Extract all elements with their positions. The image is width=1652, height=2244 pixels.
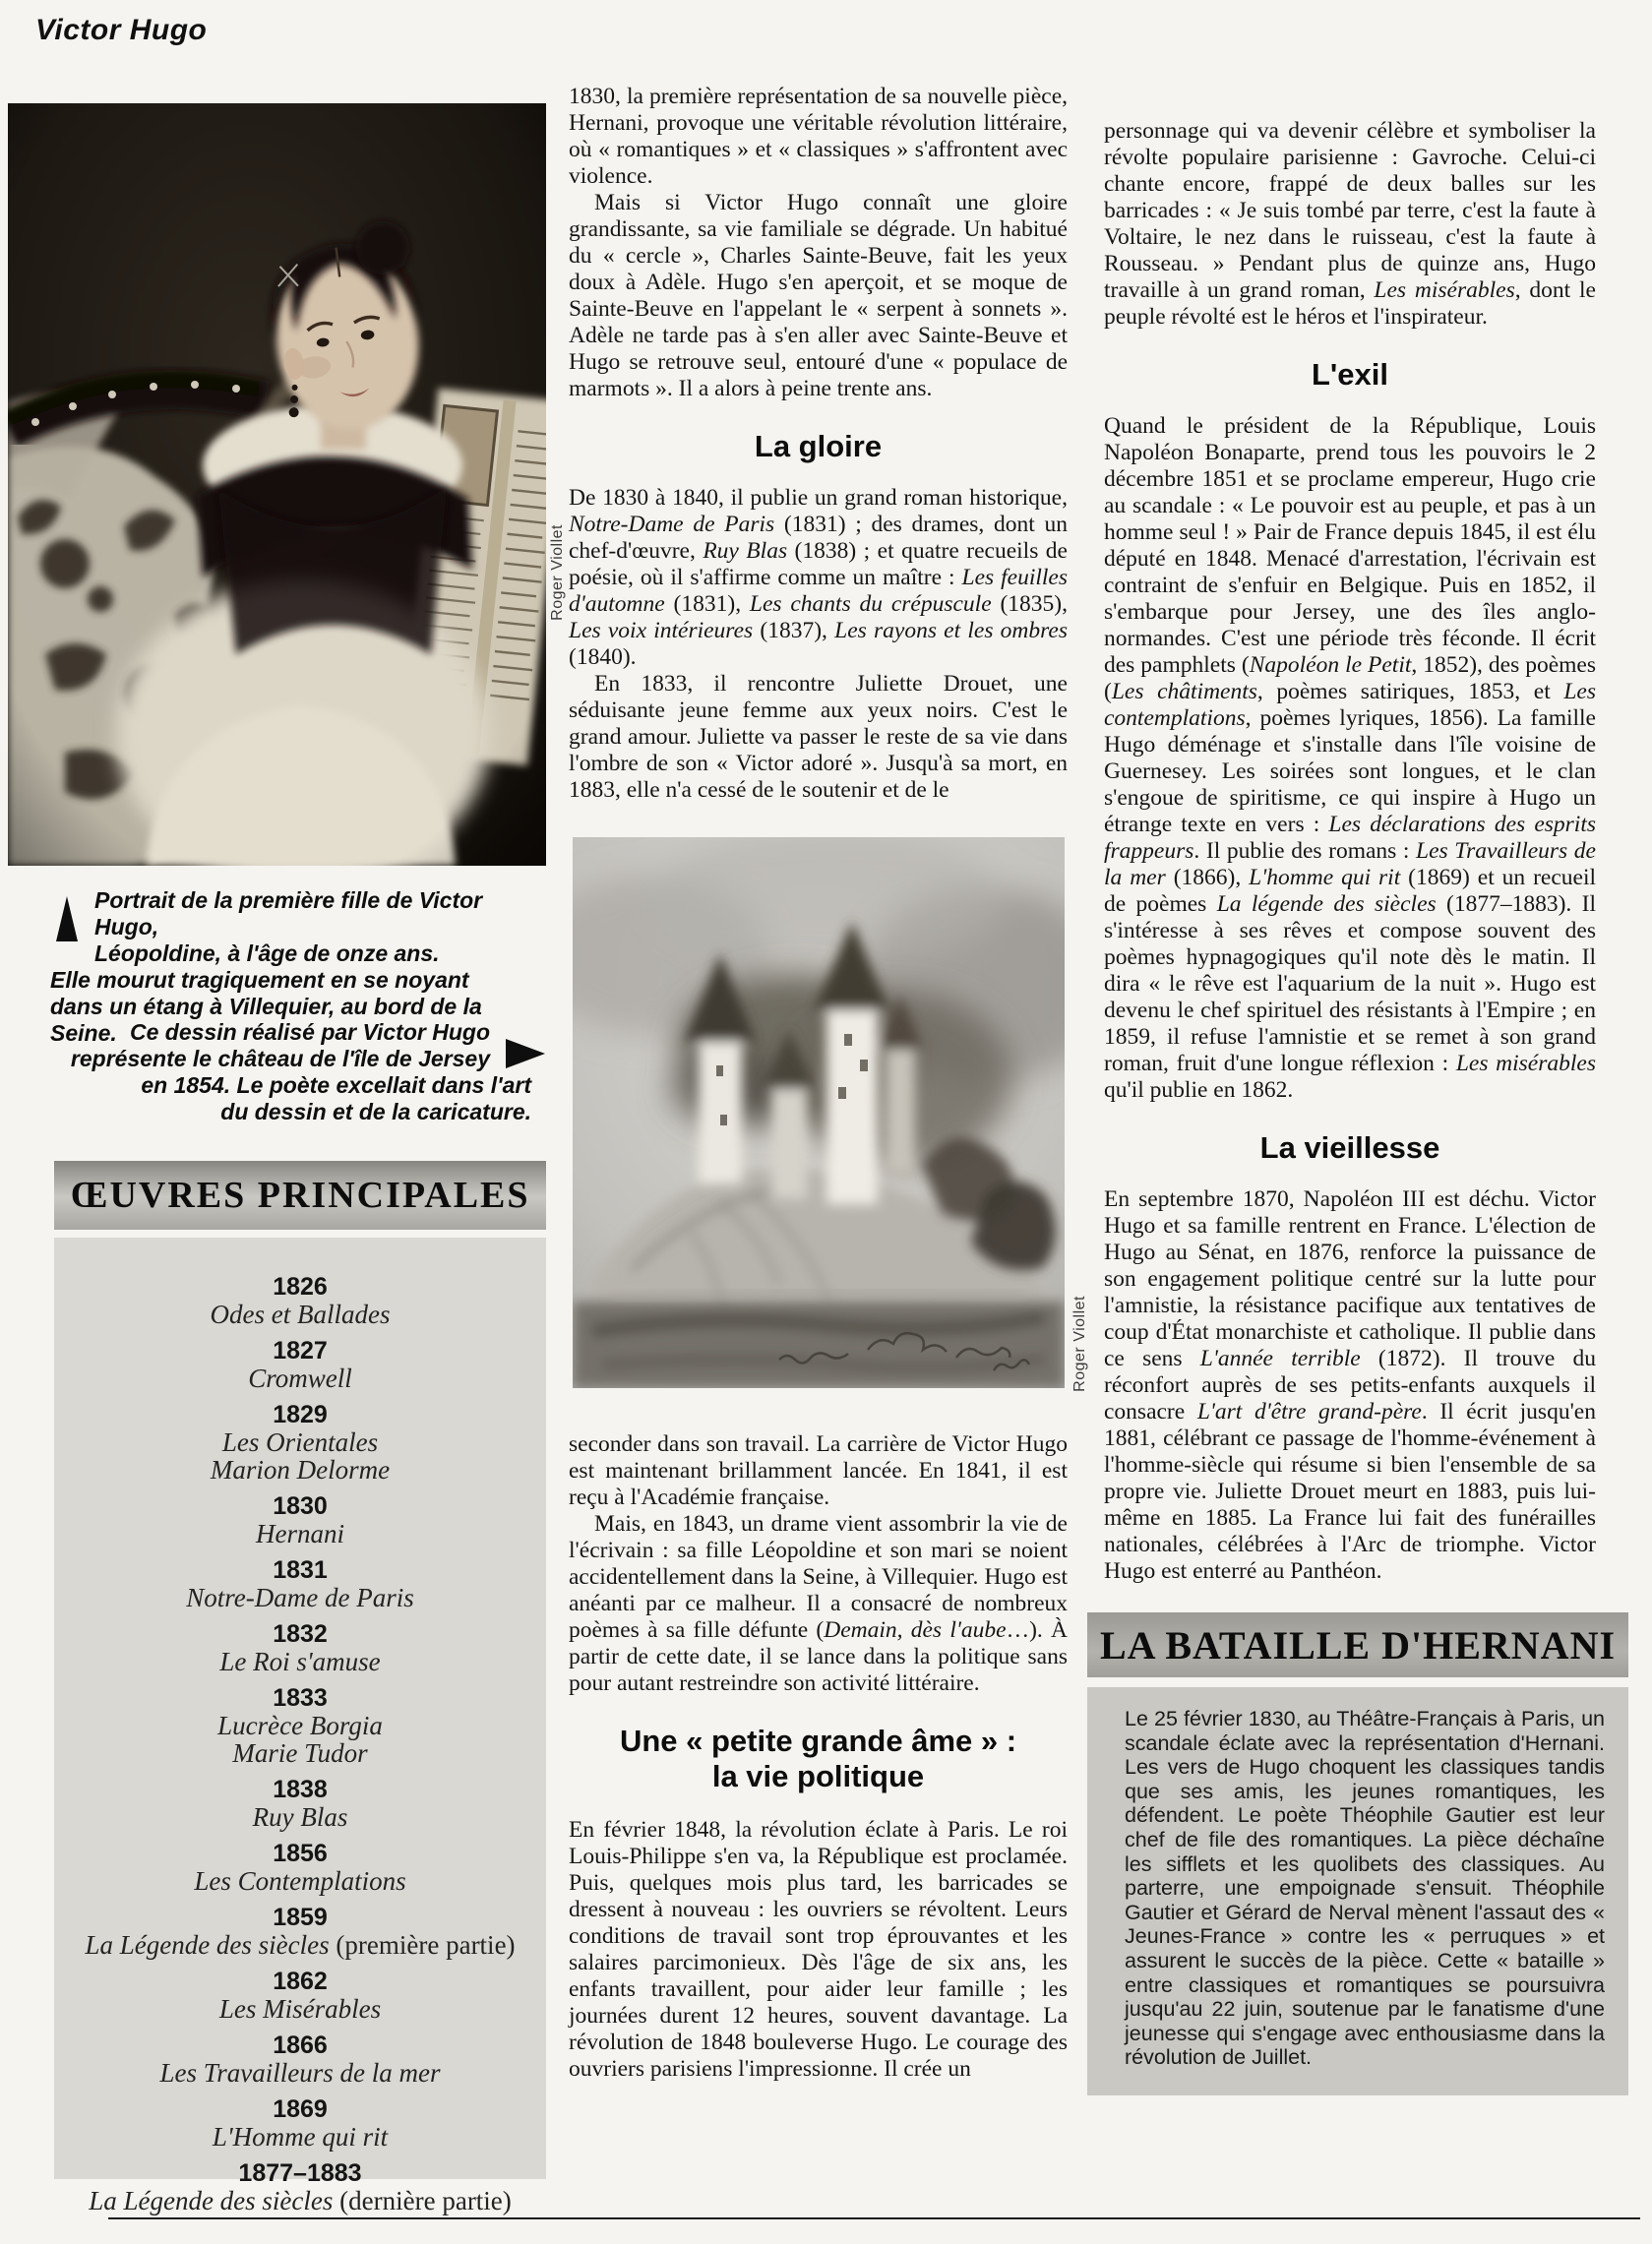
works-box-title: ŒUVRES PRINCIPALES — [70, 1174, 529, 1217]
work-year: 1877–1883 — [66, 2159, 534, 2187]
work-entry: 1877–1883La Légende des siècles (dernièr… — [66, 2159, 534, 2214]
work-entry: 1856Les Contemplations — [66, 1840, 534, 1895]
works-box-header: ŒUVRES PRINCIPALES — [54, 1161, 546, 1230]
paragraph: personnage qui va devenir célèbre et sym… — [1104, 118, 1596, 331]
work-entry: 1829Les OrientalesMarion Delorme — [66, 1401, 534, 1484]
caption-line: Portrait de la première fille de Victor … — [37, 887, 534, 940]
photo-credit-portrait: Roger Viollet — [549, 524, 567, 621]
work-title: Ruy Blas — [66, 1803, 534, 1831]
hernani-box-body: Le 25 février 1830, au Théâtre-Français … — [1087, 1687, 1628, 2095]
paragraph: seconder dans son travail. La carrière d… — [569, 1431, 1068, 1511]
section-heading-gloire: La gloire — [569, 429, 1068, 464]
hernani-box-header: LA BATAILLE D'HERNANI — [1087, 1612, 1628, 1677]
caption-line: Ce dessin réalisé par Victor Hugo — [61, 1019, 545, 1046]
work-year: 1859 — [66, 1904, 534, 1931]
work-title: Les Misérables — [66, 1995, 534, 2023]
work-entry: 1866Les Travailleurs de la mer — [66, 2032, 534, 2087]
work-year: 1866 — [66, 2032, 534, 2059]
paragraph: Quand le président de la République, Lou… — [1104, 413, 1596, 1104]
work-title: Les Contemplations — [66, 1867, 534, 1895]
castle-illustration — [573, 837, 1065, 1388]
work-entry: 1869L'Homme qui rit — [66, 2095, 534, 2151]
work-year: 1833 — [66, 1684, 534, 1712]
work-entry: 1833Lucrèce BorgiaMarie Tudor — [66, 1684, 534, 1767]
work-year: 1838 — [66, 1776, 534, 1803]
section-heading-exil: L'exil — [1104, 357, 1596, 393]
caption-line: Elle mourut tragiquement en se noyant — [37, 967, 534, 994]
work-entry: 1838Ruy Blas — [66, 1776, 534, 1831]
work-year: 1826 — [66, 1273, 534, 1301]
middle-text-column: 1830, la première représentation de sa n… — [569, 84, 1068, 2083]
page-title: Victor Hugo — [35, 14, 207, 47]
paragraph: En 1833, il rencontre Juliette Drouet, u… — [569, 671, 1068, 804]
paragraph: En septembre 1870, Napoléon III est déch… — [1104, 1186, 1596, 1585]
leopoldine-portrait-image: Roger Viollet — [8, 103, 546, 866]
heading-line: la vie politique — [712, 1759, 924, 1793]
work-title: Le Roi s'amuse — [66, 1648, 534, 1675]
work-title: Cromwell — [66, 1365, 534, 1392]
work-entry: 1831Notre-Dame de Paris — [66, 1556, 534, 1611]
work-title: Odes et Ballades — [66, 1301, 534, 1328]
work-year: 1832 — [66, 1620, 534, 1648]
paragraph: Le 25 février 1830, au Théâtre-Français … — [1125, 1707, 1605, 2070]
work-title: L'Homme qui rit — [66, 2123, 534, 2151]
paragraph: 1830, la première représentation de sa n… — [569, 84, 1068, 190]
caption-line: du dessin et de la caricature. — [61, 1099, 545, 1125]
right-text-column: personnage qui va devenir célèbre et sym… — [1104, 118, 1596, 2095]
work-title: Hernani — [66, 1520, 534, 1547]
work-title: Lucrèce Borgia — [66, 1712, 534, 1739]
work-title: La Légende des siècles (première partie) — [66, 1931, 534, 1959]
section-heading-politique: Une « petite grande âme » : la vie polit… — [569, 1724, 1068, 1794]
work-year: 1869 — [66, 2095, 534, 2123]
work-title: Notre-Dame de Paris — [66, 1584, 534, 1611]
paragraph: Mais si Victor Hugo connaît une gloire g… — [569, 190, 1068, 402]
jersey-castle-drawing-image: Roger Viollet — [573, 837, 1065, 1388]
paragraph: De 1830 à 1840, il publie un grand roman… — [569, 485, 1068, 671]
work-year: 1829 — [66, 1401, 534, 1428]
work-year: 1827 — [66, 1337, 534, 1365]
caption-line: en 1854. Le poète excellait dans l'art — [61, 1072, 545, 1099]
work-year: 1830 — [66, 1492, 534, 1520]
work-title: Marion Delorme — [66, 1456, 534, 1484]
paragraph: En février 1848, la révolution éclate à … — [569, 1817, 1068, 2083]
work-entry: 1826Odes et Ballades — [66, 1273, 534, 1328]
work-entry: 1832Le Roi s'amuse — [66, 1620, 534, 1675]
work-entry: 1859La Légende des siècles (première par… — [66, 1904, 534, 1959]
heading-line: Une « petite grande âme » : — [620, 1724, 1016, 1758]
caption-line: Léopoldine, à l'âge de onze ans. — [37, 940, 534, 967]
work-entry: 1862Les Misérables — [66, 1968, 534, 2023]
right-triangle-icon — [506, 1039, 545, 1068]
work-entry: 1827Cromwell — [66, 1337, 534, 1392]
page-bottom-rule — [108, 2217, 1640, 2219]
photo-credit-castle: Roger Viollet — [1071, 1296, 1089, 1392]
work-title: Marie Tudor — [66, 1739, 534, 1767]
drawing-caption: Ce dessin réalisé par Victor Hugo représ… — [61, 1019, 545, 1125]
work-title: Les Travailleurs de la mer — [66, 2059, 534, 2087]
work-entry: 1830Hernani — [66, 1492, 534, 1547]
work-title: Les Orientales — [66, 1428, 534, 1456]
caption-line: représente le château de l'île de Jersey — [61, 1046, 545, 1072]
up-triangle-icon — [56, 896, 78, 941]
principal-works-box: ŒUVRES PRINCIPALES 1826Odes et Ballades1… — [54, 1161, 546, 2179]
work-title: La Légende des siècles (dernière partie) — [66, 2187, 534, 2214]
magazine-page: Victor Hugo — [0, 0, 1652, 2244]
portrait-illustration — [8, 103, 546, 866]
works-timeline-list: 1826Odes et Ballades1827Cromwell1829Les … — [54, 1238, 546, 2179]
hernani-battle-box: LA BATAILLE D'HERNANI Le 25 février 1830… — [1087, 1612, 1628, 2095]
paragraph: Mais, en 1843, un drame vient assombrir … — [569, 1511, 1068, 1697]
work-year: 1831 — [66, 1556, 534, 1584]
hernani-box-title: LA BATAILLE D'HERNANI — [1100, 1622, 1616, 1668]
work-year: 1862 — [66, 1968, 534, 1995]
work-year: 1856 — [66, 1840, 534, 1867]
section-heading-vieillesse: La vieillesse — [1104, 1130, 1596, 1166]
